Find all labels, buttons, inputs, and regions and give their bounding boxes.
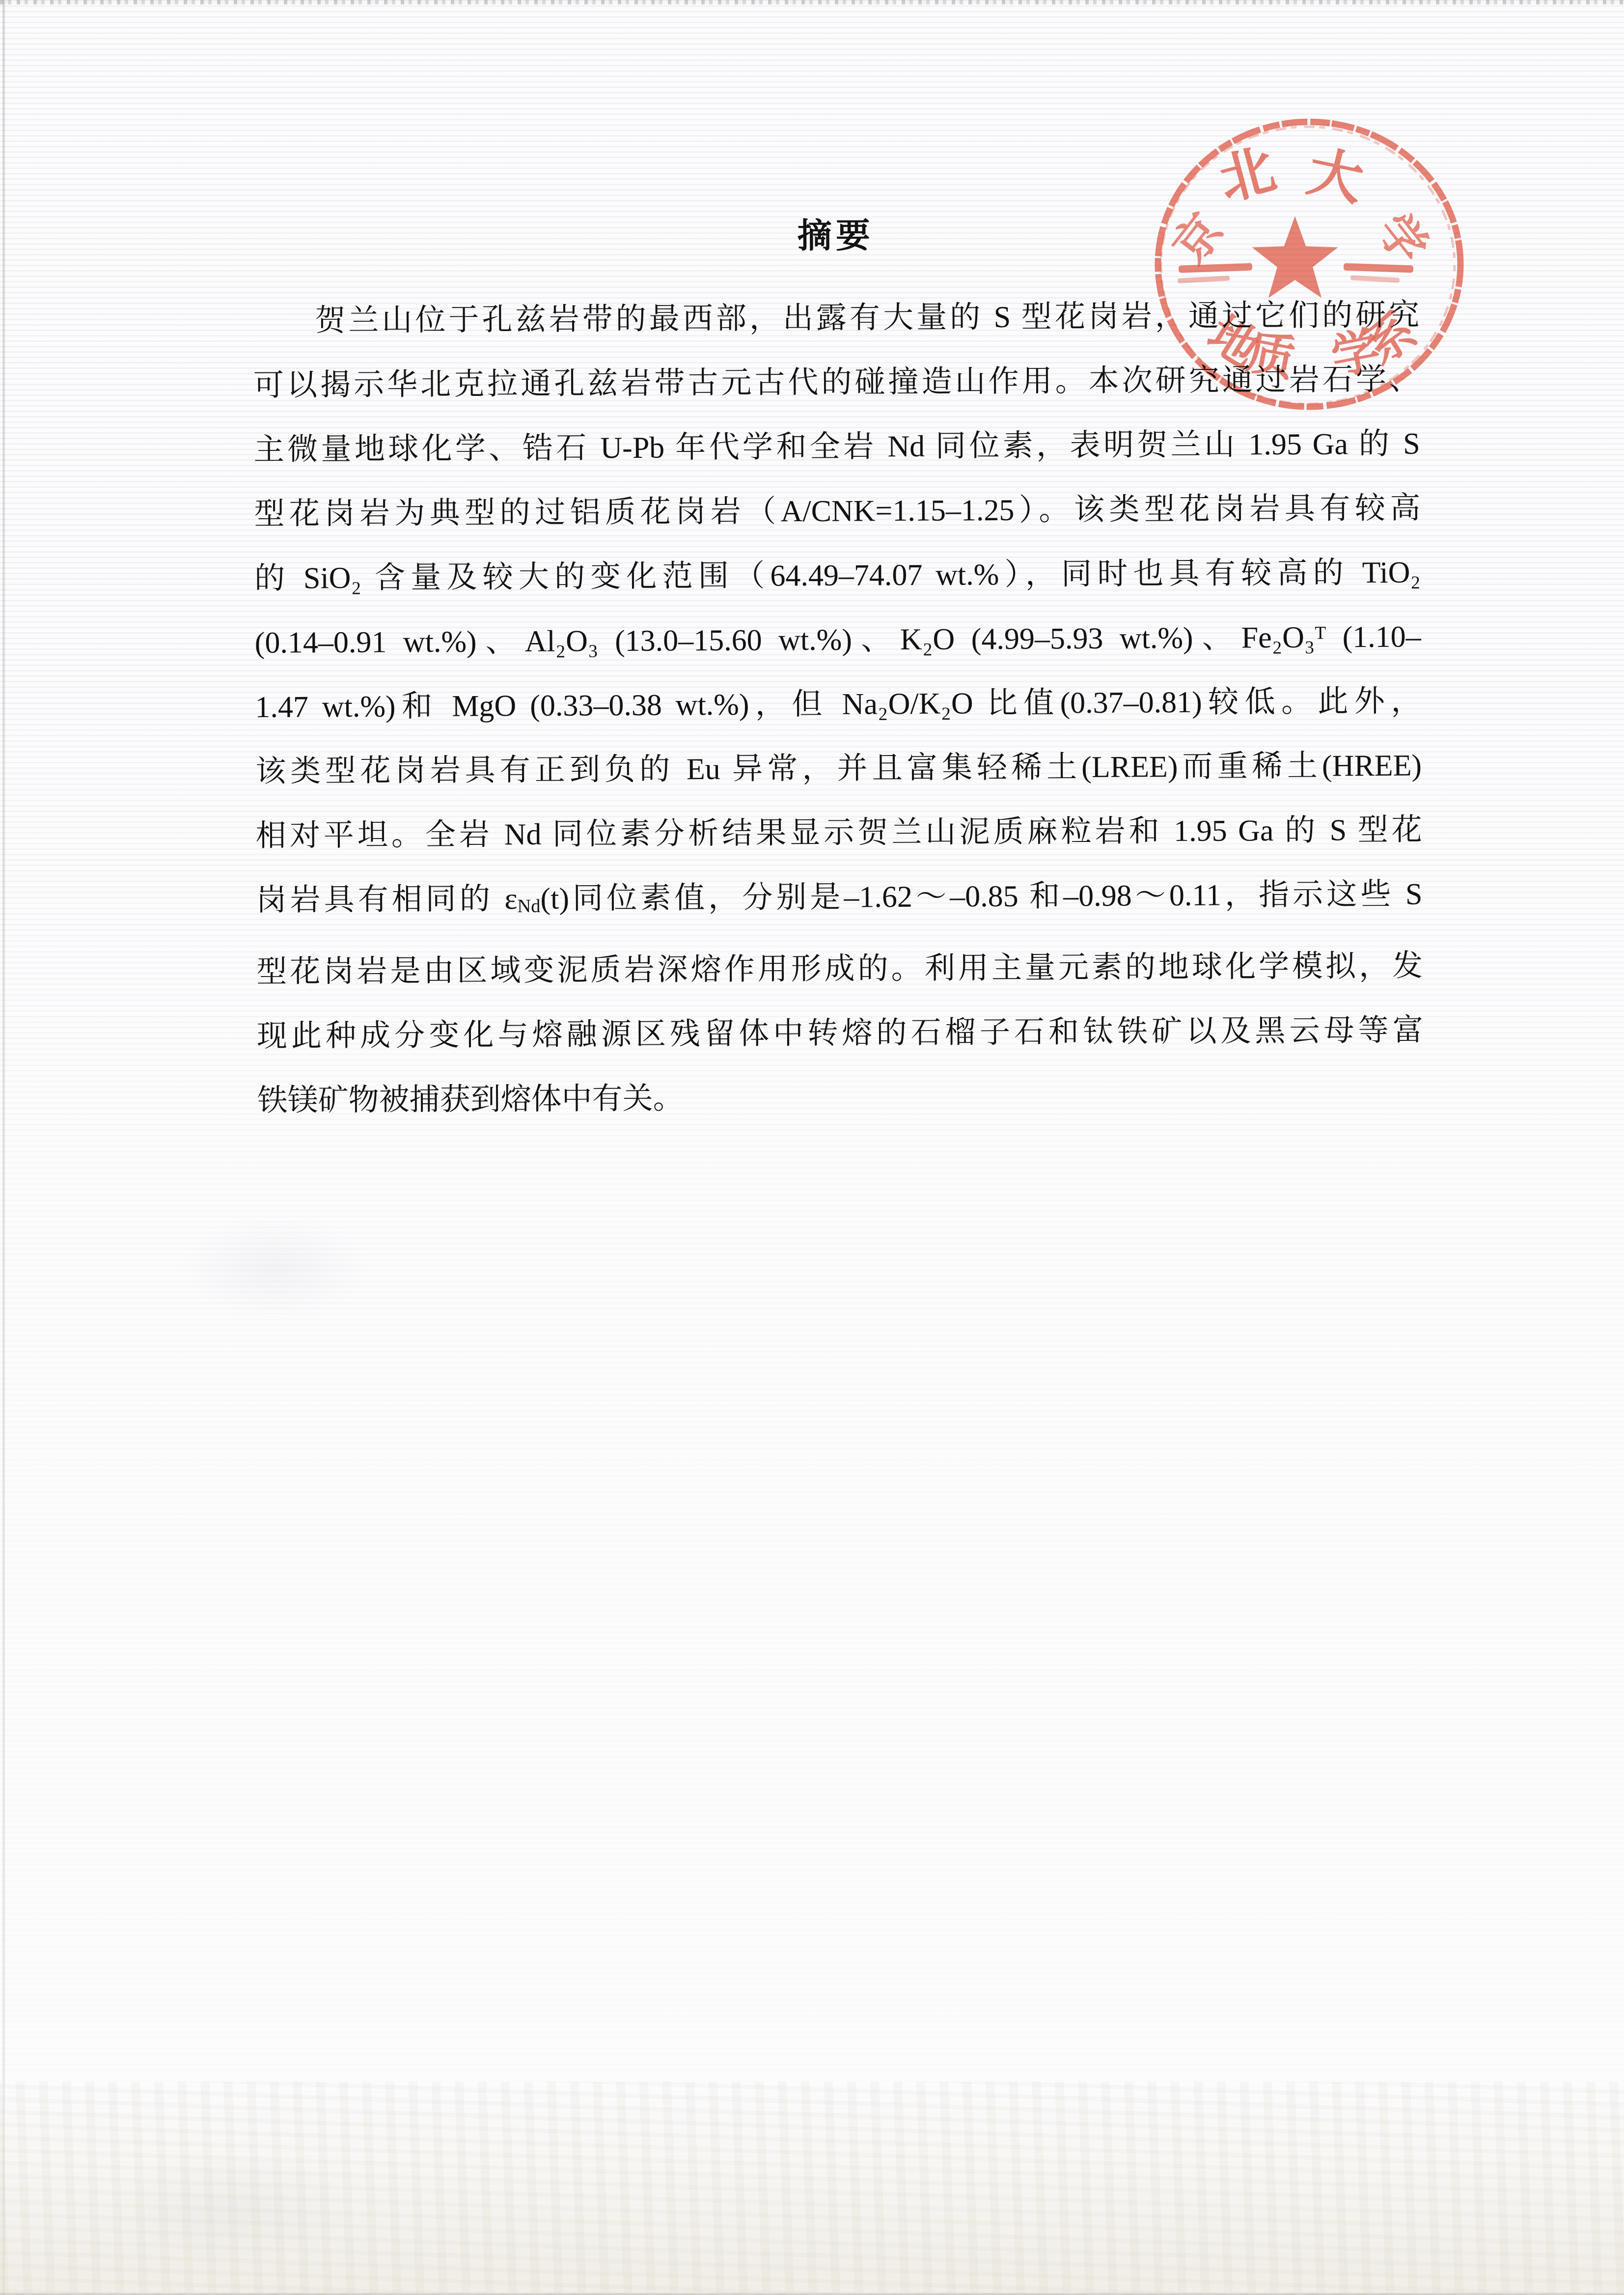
scanned-abstract-page: 摘要 贺兰山位于孔兹岩带的最西部，出露有大量的 S 型花岗岩，通过它们的研究 可…: [0, 0, 1624, 2295]
paper-left-edge: [2, 0, 5, 2295]
line-text: (t)同位素值，分别是–1.62～–0.85 和–0.98～0.11，指示这些 …: [540, 877, 1422, 915]
page-title: 摘要: [252, 208, 1419, 265]
paper-top-edge: [0, 0, 1624, 4]
abstract-paragraph: 贺兰山位于孔兹岩带的最西部，出露有大量的 S 型花岗岩，通过它们的研究 可以揭示…: [253, 283, 1424, 1133]
abstract-line: 贺兰山位于孔兹岩带的最西部，出露有大量的 S 型花岗岩，通过它们的研究: [253, 283, 1420, 353]
paper-smudge: [59, 2127, 403, 2294]
abstract-line: 现此种成分变化与熔融源区残留体中转熔的石榴子石和钛铁矿以及黑云母等富: [257, 998, 1424, 1068]
abstract-line: 型花岗岩是由区域变泥质岩深熔作用形成的。利用主量元素的地球化学模拟，发: [256, 934, 1423, 1004]
abstract-line: 该类型花岗岩具有正到负的 Eu 异常，并且富集轻稀土(LREE)而重稀土(HRE…: [255, 733, 1422, 804]
seal-char: 北: [1213, 139, 1282, 212]
abstract-line: 铁镁矿物被捕获到熔体中有关。: [257, 1063, 1424, 1133]
abstract-line: 的 SiO₂ 含量及较大的变化范围（64.49–74.07 wt.%），同时也具…: [254, 540, 1421, 611]
paper-bottom-texture: [0, 2082, 1624, 2295]
abstract-line: 可以揭示华北克拉通孔兹岩带古元古代的碰撞造山作用。本次研究通过岩石学、: [253, 347, 1420, 418]
abstract-line: (0.14–0.91 wt.%)、Al₂O₃ (13.0–15.60 wt.%)…: [254, 605, 1421, 675]
abstract-line: 相对平坦。全岩 Nd 同位素分析结果显示贺兰山泥质麻粒岩和 1.95 Ga 的 …: [255, 798, 1422, 868]
abstract-line-epsilon-nd: 岗岩具有相同的 εNd(t)同位素值，分别是–1.62～–0.85 和–0.98…: [256, 862, 1423, 940]
line-text: 岗岩具有相同的 ε: [256, 882, 517, 917]
seal-char: 大: [1302, 141, 1368, 213]
abstract-line: 1.47 wt.%)和 MgO (0.33–0.38 wt.%)，但 Na₂O/…: [255, 669, 1422, 739]
nd-subscript: Nd: [517, 896, 540, 917]
abstract-line: 型花岗岩为典型的过铝质花岗岩（A/CNK=1.15–1.25）。该类型花岗岩具有…: [254, 476, 1421, 546]
abstract-line: 主微量地球化学、锆石 U-Pb 年代学和全岩 Nd 同位素，表明贺兰山 1.95…: [253, 412, 1420, 482]
paper-smudge: [138, 1194, 413, 1341]
seal-dashes: [1178, 263, 1413, 283]
